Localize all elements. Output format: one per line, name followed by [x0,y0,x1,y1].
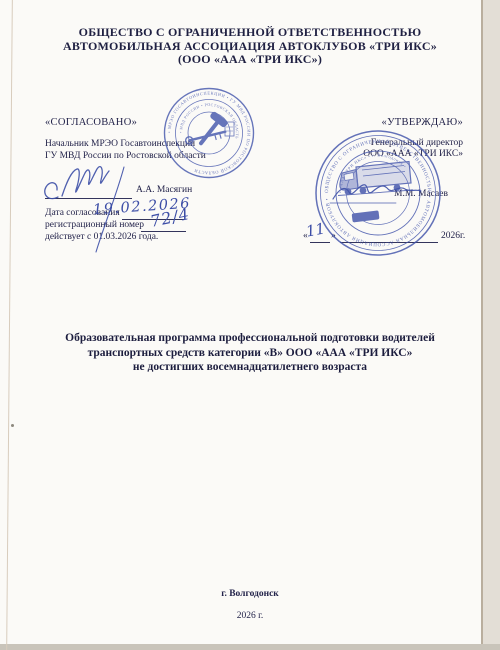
scanned-title-page: { "colors": { "ink_blue": "#4254ab", "te… [0,0,500,650]
company-stamp-banner [352,210,380,222]
company-stamp: ОБЩЕСТВО С ОГРАНИЧЕННОЙ ОТВЕТСТВЕННОСТЬЮ… [316,131,440,255]
ink-overlay: • МРЭО ГОСАВТОИНСПЕКЦИИ • ГУ МВД РОССИИ … [0,0,500,650]
pen-stroke [96,167,124,252]
masyagin-signature [45,167,124,252]
police-stamp: • МРЭО ГОСАВТОИНСПЕКЦИИ • ГУ МВД РОССИИ … [165,89,254,178]
